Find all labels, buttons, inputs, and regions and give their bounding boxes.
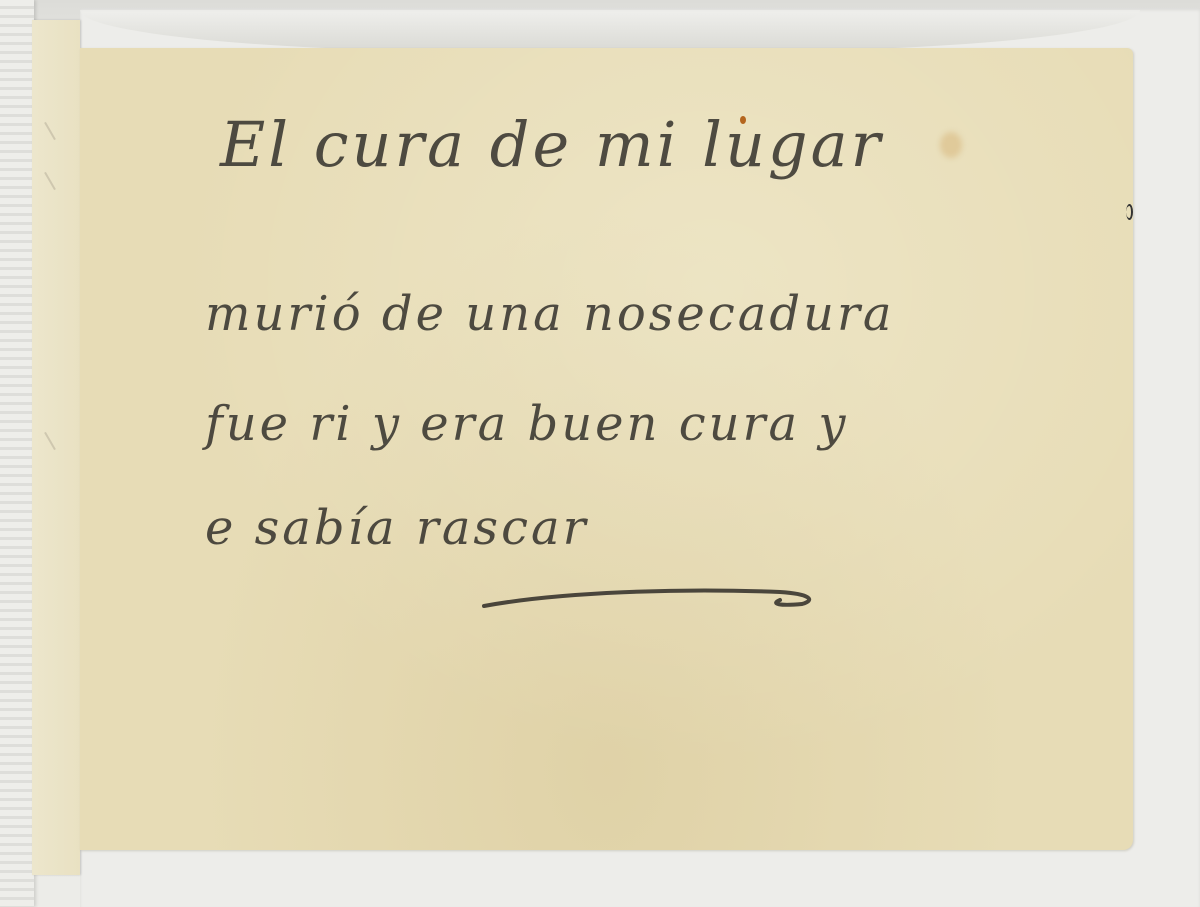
foxing-stain bbox=[940, 132, 962, 158]
notebook-page: El cura de mi lugar murió de una nosecad… bbox=[80, 48, 1133, 850]
handwritten-line-3: fue ri y era buen cura y bbox=[205, 396, 848, 452]
underline-flourish bbox=[480, 580, 820, 620]
show-through-mark bbox=[44, 172, 56, 190]
show-through-mark bbox=[44, 122, 56, 140]
notebook-spine bbox=[0, 0, 34, 907]
handwritten-line-1: El cura de mi lugar bbox=[220, 108, 883, 181]
previous-page-edge bbox=[32, 20, 80, 875]
handwritten-line-2: murió de una nosecadura bbox=[205, 286, 895, 342]
edge-mark bbox=[1126, 204, 1133, 220]
show-through-mark bbox=[44, 432, 56, 450]
handwritten-line-4: e sabía rascar bbox=[205, 500, 589, 556]
